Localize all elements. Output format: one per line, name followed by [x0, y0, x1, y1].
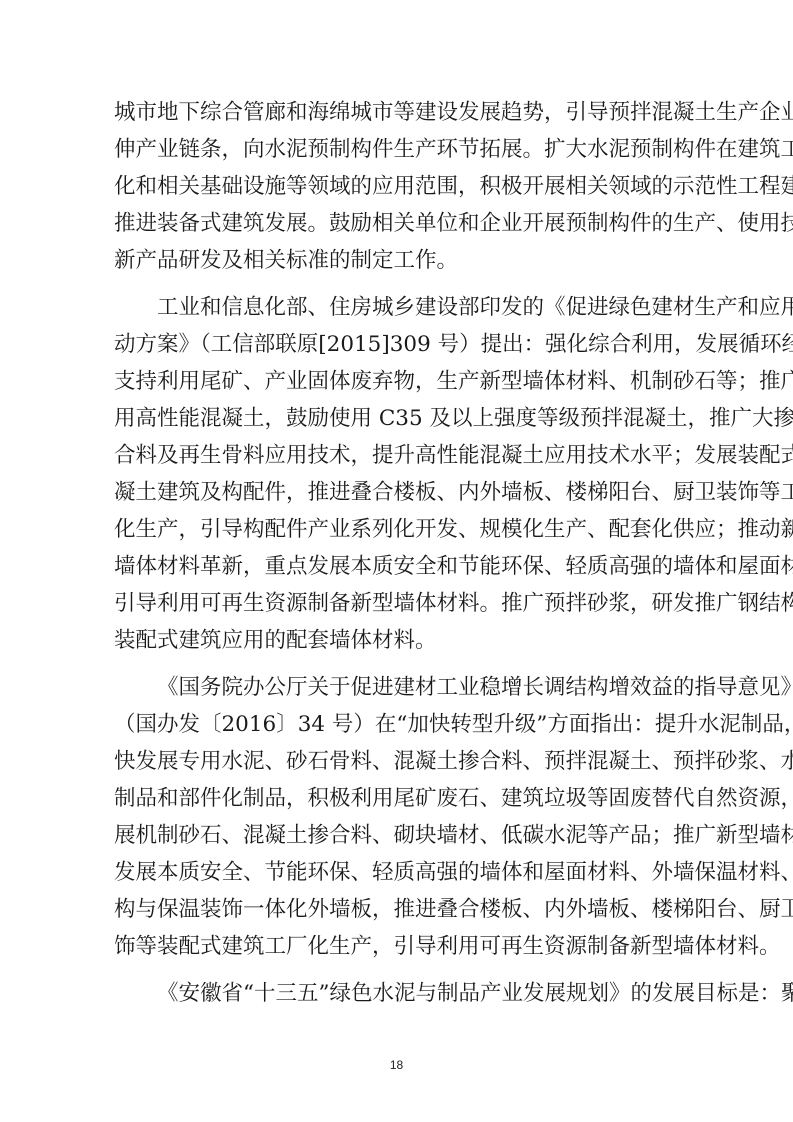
- paragraph-1-line-2: 伸产业链条，向水泥预制构件生产环节拓展。扩大水泥预制构件在建筑工业: [114, 135, 714, 165]
- paragraph-2-line-1: 工业和信息化部、住房城乡建设部印发的《促进绿色建材生产和应用行: [157, 293, 714, 323]
- paragraph-3-line-5: 展机制砂石、混凝土掺合料、砌块墙材、低碳水泥等产品；推广新型墙材，: [114, 821, 714, 851]
- paragraph-2-line-9: 引导利用可再生资源制备新型墙体材料。推广预拌砂浆，研发推广钢结构等: [114, 589, 714, 619]
- paragraph-2-line-5: 合料及再生骨料应用技术，提升高性能混凝土应用技术水平；发展装配式混: [114, 441, 714, 471]
- paragraph-2-line-6: 凝土建筑及构配件，推进叠合楼板、内外墙板、楼梯阳台、厨卫装饰等工厂: [114, 478, 714, 508]
- paragraph-4-line-1: 《安徽省“十三五”绿色水泥与制品产业发展规划》的发展目标是：聚焦: [157, 979, 714, 1009]
- paragraph-3-line-3: 快发展专用水泥、砂石骨料、混凝土掺合料、预拌混凝土、预拌砂浆、水泥: [114, 747, 714, 777]
- paragraph-1-line-3: 化和相关基础设施等领域的应用范围，积极开展相关领域的示范性工程建设，: [114, 172, 714, 202]
- paragraph-2-line-3: 支持利用尾矿、产业固体废弃物，生产新型墙体材料、机制砂石等；推广应: [114, 367, 714, 397]
- document-page: 城市地下综合管廊和海绵城市等建设发展趋势，引导预拌混凝土生产企业延 伸产业链条，…: [0, 0, 793, 1122]
- paragraph-2-line-8: 墙体材料革新，重点发展本质安全和节能环保、轻质高强的墙体和屋面材料，: [114, 552, 714, 582]
- paragraph-2-line-2: 动方案》（工信部联原[2015]309 号）提出：强化综合利用，发展循环经济，: [114, 330, 714, 360]
- paragraph-3-line-4: 制品和部件化制品，积极利用尾矿废石、建筑垃圾等固废替代自然资源，发: [114, 784, 714, 814]
- paragraph-1-line-4: 推进装备式建筑发展。鼓励相关单位和企业开展预制构件的生产、使用技术、: [114, 209, 714, 239]
- paragraph-3-line-7: 构与保温装饰一体化外墙板，推进叠合楼板、内外墙板、楼梯阳台、厨卫装: [114, 895, 714, 925]
- paragraph-2-line-10: 装配式建筑应用的配套墙体材料。: [114, 626, 714, 656]
- paragraph-2-line-7: 化生产，引导构配件产业系列化开发、规模化生产、配套化供应；推动新型: [114, 515, 714, 545]
- paragraph-2-line-4: 用高性能混凝土，鼓励使用 C35 及以上强度等级预拌混凝土，推广大掺量掺: [114, 404, 714, 434]
- paragraph-1-line-1: 城市地下综合管廊和海绵城市等建设发展趋势，引导预拌混凝土生产企业延: [114, 98, 714, 128]
- paragraph-3-line-1: 《国务院办公厅关于促进建材工业稳增长调结构增效益的指导意见》: [157, 673, 714, 703]
- page-number: 18: [0, 1058, 793, 1072]
- paragraph-3-line-8: 饰等装配式建筑工厂化生产，引导利用可再生资源制备新型墙体材料。: [114, 932, 714, 962]
- paragraph-3-line-6: 发展本质安全、节能环保、轻质高强的墙体和屋面材料、外墙保温材料、结: [114, 858, 714, 888]
- paragraph-1-line-5: 新产品研发及相关标准的制定工作。: [114, 246, 714, 276]
- paragraph-3-line-2: （国办发〔2016〕34 号）在“加快转型升级”方面指出：提升水泥制品，加: [114, 710, 714, 740]
